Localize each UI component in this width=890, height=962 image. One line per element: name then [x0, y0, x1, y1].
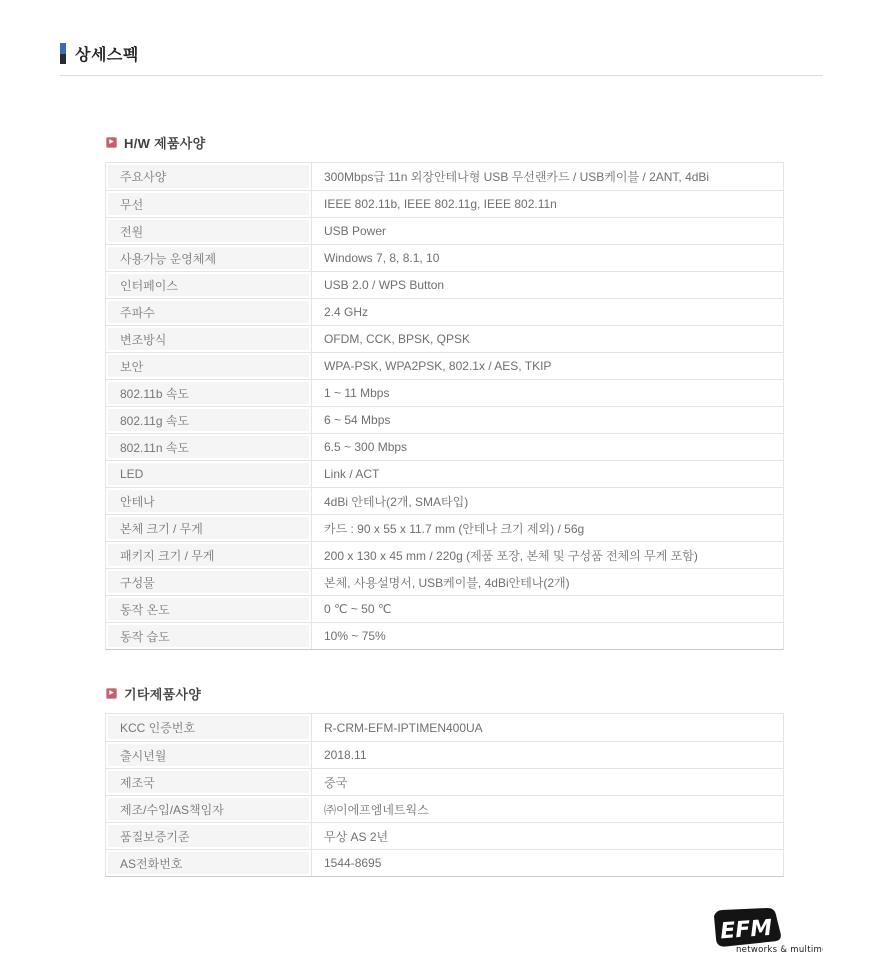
row-label-cell: LED: [106, 461, 311, 487]
row-label: 변조방식: [108, 331, 166, 348]
row-label-cell: 제조국: [106, 769, 311, 795]
row-label: 802.11g 속도: [108, 412, 189, 429]
row-value: 2018.11: [311, 742, 783, 768]
spec-section: ▶ 기타제품사양 KCC 인증번호 R-CRM-EFM-IPTIMEN400UA…: [105, 684, 784, 877]
row-label: 제조/수입/AS책임자: [108, 801, 224, 818]
row-label-cell: KCC 인증번호: [106, 714, 311, 741]
row-label: 주파수: [108, 304, 155, 321]
row-label: 본체 크기 / 무게: [108, 520, 203, 537]
row-value: 10% ~ 75%: [311, 623, 783, 649]
spec-table: 주요사양 300Mbps급 11n 외장안테나형 USB 무선랜카드 / USB…: [105, 162, 784, 650]
table-row: 무선 IEEE 802.11b, IEEE 802.11g, IEEE 802.…: [106, 190, 783, 217]
row-label-cell: 인터페이스: [106, 272, 311, 298]
table-row: 인터페이스 USB 2.0 / WPS Button: [106, 271, 783, 298]
row-label-cell: 본체 크기 / 무게: [106, 515, 311, 541]
row-label-cell: 패키지 크기 / 무게: [106, 542, 311, 568]
row-value: 200 x 130 x 45 mm / 220g (제품 포장, 본체 및 구성…: [311, 542, 783, 568]
row-label-cell: 사용가능 운영체제: [106, 245, 311, 271]
row-label-cell: 802.11b 속도: [106, 380, 311, 406]
row-value: 카드 : 90 x 55 x 11.7 mm (안테나 크기 제외) / 56g: [311, 515, 783, 541]
row-label: 동작 온도: [108, 601, 170, 618]
accent-bar-blue-segment: [60, 43, 66, 54]
table-row: 변조방식 OFDM, CCK, BPSK, QPSK: [106, 325, 783, 352]
arrow-bullet-icon: ▶: [106, 137, 117, 148]
row-value: IEEE 802.11b, IEEE 802.11g, IEEE 802.11n: [311, 191, 783, 217]
row-label: 제조국: [108, 774, 155, 791]
row-value: 무상 AS 2년: [311, 823, 783, 849]
page-header: 상세스펙: [60, 42, 823, 76]
section-header: ▶ 기타제품사양: [106, 684, 784, 703]
row-value: 6 ~ 54 Mbps: [311, 407, 783, 433]
table-row: 전원 USB Power: [106, 217, 783, 244]
row-value: 본체, 사용설명서, USB케이블, 4dBi안테나(2개): [311, 569, 783, 595]
row-label-cell: 제조/수입/AS책임자: [106, 796, 311, 822]
row-value: 2.4 GHz: [311, 299, 783, 325]
row-label: 인터페이스: [108, 277, 178, 294]
row-label-cell: 동작 온도: [106, 596, 311, 622]
row-value: WPA-PSK, WPA2PSK, 802.1x / AES, TKIP: [311, 353, 783, 379]
row-value: 0 ℃ ~ 50 ℃: [311, 596, 783, 622]
table-row: 구성물 본체, 사용설명서, USB케이블, 4dBi안테나(2개): [106, 568, 783, 595]
row-label-cell: 전원: [106, 218, 311, 244]
spec-table: KCC 인증번호 R-CRM-EFM-IPTIMEN400UA 출시년월 201…: [105, 713, 784, 877]
row-label: LED: [108, 467, 143, 481]
row-label-cell: 변조방식: [106, 326, 311, 352]
row-label: 802.11n 속도: [108, 439, 189, 456]
row-value: R-CRM-EFM-IPTIMEN400UA: [311, 714, 783, 741]
spec-section: ▶ H/W 제품사양 주요사양 300Mbps급 11n 외장안테나형 USB …: [105, 133, 784, 650]
row-label-cell: 품질보증기준: [106, 823, 311, 849]
row-label: 동작 습도: [108, 628, 170, 645]
table-row: 출시년월 2018.11: [106, 741, 783, 768]
section-title: H/W 제품사양: [124, 133, 206, 152]
arrow-bullet-icon: ▶: [106, 688, 117, 699]
row-label-cell: 보안: [106, 353, 311, 379]
row-label: 전원: [108, 223, 143, 240]
table-row: 주파수 2.4 GHz: [106, 298, 783, 325]
row-value: ㈜이에프엠네트웍스: [311, 796, 783, 822]
table-row: 802.11g 속도 6 ~ 54 Mbps: [106, 406, 783, 433]
row-label-cell: AS전화번호: [106, 850, 311, 876]
table-row: 동작 온도 0 ℃ ~ 50 ℃: [106, 595, 783, 622]
row-label: 품질보증기준: [108, 828, 190, 845]
row-label-cell: 주파수: [106, 299, 311, 325]
row-value: Windows 7, 8, 8.1, 10: [311, 245, 783, 271]
row-value: 6.5 ~ 300 Mbps: [311, 434, 783, 460]
row-label: 주요사양: [108, 168, 166, 185]
row-value: OFDM, CCK, BPSK, QPSK: [311, 326, 783, 352]
table-row: 보안 WPA-PSK, WPA2PSK, 802.1x / AES, TKIP: [106, 352, 783, 379]
table-row: 안테나 4dBi 안테나(2개, SMA타입): [106, 487, 783, 514]
page-footer: EFM EFM networks & multimedia: [60, 907, 823, 957]
row-label: 안테나: [108, 493, 155, 510]
row-value: USB Power: [311, 218, 783, 244]
row-label-cell: 주요사양: [106, 163, 311, 190]
spec-sections: ▶ H/W 제품사양 주요사양 300Mbps급 11n 외장안테나형 USB …: [105, 133, 784, 877]
row-value: 중국: [311, 769, 783, 795]
table-row: 802.11n 속도 6.5 ~ 300 Mbps: [106, 433, 783, 460]
row-label-cell: 802.11n 속도: [106, 434, 311, 460]
row-label: 사용가능 운영체제: [108, 250, 216, 267]
row-value: Link / ACT: [311, 461, 783, 487]
efm-logo-subtext: networks & multimedia: [736, 945, 823, 955]
efm-logo: EFM EFM networks & multimedia: [691, 907, 823, 957]
row-label: 패키지 크기 / 무게: [108, 547, 214, 564]
row-label-cell: 동작 습도: [106, 623, 311, 649]
section-header: ▶ H/W 제품사양: [106, 133, 784, 152]
row-label: 무선: [108, 196, 143, 213]
table-row: KCC 인증번호 R-CRM-EFM-IPTIMEN400UA: [106, 714, 783, 741]
row-label: 구성물: [108, 574, 155, 591]
row-label-cell: 무선: [106, 191, 311, 217]
table-row: 제조국 중국: [106, 768, 783, 795]
row-value: 1 ~ 11 Mbps: [311, 380, 783, 406]
row-label: KCC 인증번호: [108, 719, 195, 736]
table-row: 패키지 크기 / 무게 200 x 130 x 45 mm / 220g (제품…: [106, 541, 783, 568]
row-label-cell: 출시년월: [106, 742, 311, 768]
row-label: AS전화번호: [108, 855, 182, 872]
row-value: USB 2.0 / WPS Button: [311, 272, 783, 298]
table-row: 제조/수입/AS책임자 ㈜이에프엠네트웍스: [106, 795, 783, 822]
row-value: 1544-8695: [311, 850, 783, 876]
row-value: 4dBi 안테나(2개, SMA타입): [311, 488, 783, 514]
row-label-cell: 802.11g 속도: [106, 407, 311, 433]
row-value: 300Mbps급 11n 외장안테나형 USB 무선랜카드 / USB케이블 /…: [311, 163, 783, 190]
row-label-cell: 구성물: [106, 569, 311, 595]
table-row: 본체 크기 / 무게 카드 : 90 x 55 x 11.7 mm (안테나 크…: [106, 514, 783, 541]
title-accent-bar: [60, 43, 66, 64]
table-row: 사용가능 운영체제 Windows 7, 8, 8.1, 10: [106, 244, 783, 271]
table-row: 802.11b 속도 1 ~ 11 Mbps: [106, 379, 783, 406]
table-row: LED Link / ACT: [106, 460, 783, 487]
row-label-cell: 안테나: [106, 488, 311, 514]
table-row: 동작 습도 10% ~ 75%: [106, 622, 783, 649]
row-label: 출시년월: [108, 747, 166, 764]
page-title: 상세스펙: [75, 42, 139, 65]
table-row: 주요사양 300Mbps급 11n 외장안테나형 USB 무선랜카드 / USB…: [106, 163, 783, 190]
accent-bar-dark-segment: [60, 54, 66, 65]
efm-logo-text: EFM: [719, 916, 773, 945]
row-label: 보안: [108, 358, 143, 375]
table-row: 품질보증기준 무상 AS 2년: [106, 822, 783, 849]
table-row: AS전화번호 1544-8695: [106, 849, 783, 876]
row-label: 802.11b 속도: [108, 385, 189, 402]
section-title: 기타제품사양: [124, 684, 201, 703]
